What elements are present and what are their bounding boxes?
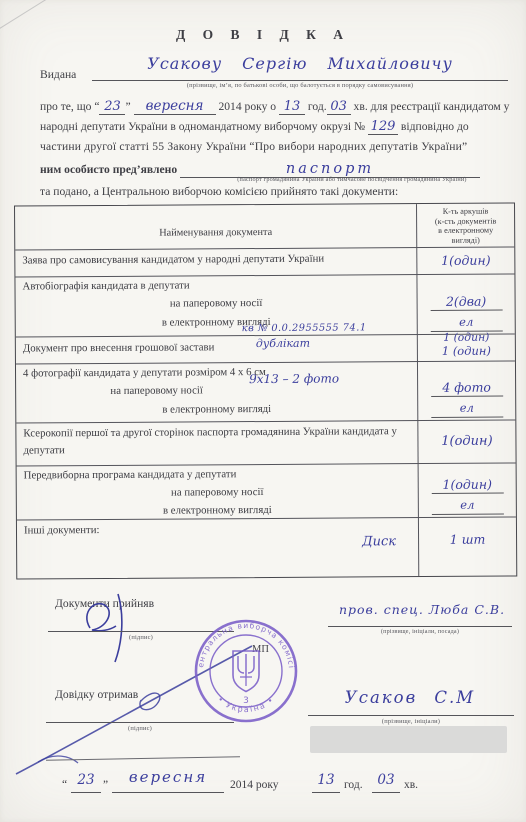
- scanned-certificate-page: Д О В І Д К А Видана Усакову Сергію Миха…: [0, 0, 526, 822]
- row4-qty: 4 фото ел: [418, 360, 515, 420]
- row3-name: Документ про внесення грошової застави: [23, 340, 411, 354]
- obtained-name-caption: (прізвище, ініціали): [308, 718, 514, 725]
- body-l2b: відповідно до: [401, 120, 469, 133]
- received-officer-handwritten: пров. спец. Люба С.В.: [332, 602, 512, 617]
- row4-qty2-handwritten: ел: [460, 401, 474, 415]
- received-officer-caption: (прізвище, ініціали, посада): [328, 629, 512, 635]
- obtained-extra-line: [46, 756, 240, 760]
- row6-name: Передвиборна програма кандидата у депута…: [24, 467, 412, 481]
- obtained-label: Довідку отримав: [55, 688, 138, 701]
- body-line-1: про те, що “23” вересня 2014 року о 13 г…: [40, 98, 509, 115]
- documents-table: Найменування документа К-ть аркушів (к-с…: [14, 202, 517, 579]
- body-l1e: хв. для реєстрації кандидатом у: [354, 100, 510, 113]
- body-line-2: народні депутати України в одномандатном…: [40, 119, 469, 135]
- row3-annotation-receipt: кв № 0.0.2955555 74.1: [242, 322, 367, 334]
- footer-quote-open: “: [62, 779, 67, 791]
- issued-name-caption: (прізвище, ім’я, по батькові особи, що б…: [92, 82, 508, 89]
- hw-district: 129: [371, 119, 396, 134]
- row6-qty: 1(один) ел: [419, 462, 516, 517]
- footer-month-blank: вересня: [112, 768, 224, 793]
- footer-hour-blank: 13: [312, 771, 340, 793]
- row4-name: 4 фотографії кандидата у депутати розмір…: [23, 365, 411, 379]
- footer-minute-handwritten: 03: [377, 772, 394, 788]
- row2-name: Автобіографія кандидата в депутати: [22, 278, 410, 292]
- row2-qty1-handwritten: 2(два): [446, 293, 486, 308]
- body-l1c: 2014 року о: [218, 100, 276, 113]
- footer-hour-label: год.: [344, 779, 363, 791]
- row4-sub-electronic: в електронному вигляді: [16, 402, 417, 416]
- body-l1a: про те, що “: [40, 100, 99, 113]
- table-header-name: Найменування документа: [15, 226, 416, 239]
- row2-qty: 2(два) ел: [417, 273, 514, 334]
- hw-minute: 03: [330, 99, 347, 114]
- footer-minute-label: хв.: [404, 779, 418, 791]
- row2-qty2-handwritten: ел: [459, 315, 473, 329]
- redaction-box: [310, 726, 507, 753]
- row1-qty: 1(один): [417, 246, 514, 274]
- footer-day-handwritten: 23: [77, 772, 94, 788]
- body-l4-caption: (паспорт громадянина України або тимчасо…: [196, 176, 508, 183]
- row6-sub-paper: на паперовому носії: [17, 485, 418, 499]
- footer-year: 2014 року: [230, 779, 279, 791]
- row6-qty2-handwritten: ел: [460, 498, 474, 512]
- row1-qty-handwritten: 1(один): [441, 253, 491, 268]
- received-label: Документи прийняв: [55, 597, 154, 610]
- obtained-name-handwritten: Усаков С.М: [310, 688, 510, 707]
- row7-qty-handwritten: 1 шт: [450, 532, 486, 547]
- received-officer-line: [328, 626, 512, 627]
- footer-day-blank: 23: [71, 771, 101, 793]
- hw-day: 23: [104, 99, 121, 114]
- row7-qty: 1 шт: [419, 530, 516, 549]
- body-l1d: год.: [308, 100, 327, 113]
- row4-sub-paper: на паперовому носії: [0, 383, 357, 397]
- row5-name: Ксерокопії першої та другої сторінок пас…: [23, 423, 398, 459]
- footer-hour-handwritten: 13: [317, 772, 334, 788]
- row3-annotation-duplicate: дублікат: [256, 337, 310, 350]
- table-line: [17, 516, 516, 520]
- footer-quote-close: ”: [103, 779, 108, 791]
- row6-sub-electronic: в електронному вигляді: [17, 503, 418, 517]
- hw-month: вересня: [146, 98, 204, 114]
- cec-round-stamp: Центральна виборча комісія • Україна • 3: [190, 615, 302, 727]
- row3-qty: 1 (один) 1 (один): [418, 329, 515, 358]
- row1-name: Заява про самовисування кандидатом у нар…: [22, 252, 410, 266]
- body-l1b: ”: [125, 100, 130, 113]
- issued-label: Видана: [40, 68, 76, 81]
- issued-name-line: Усакову Сергію Михайловичу: [92, 54, 508, 81]
- footer-minute-blank: 03: [372, 771, 400, 793]
- row4-qty1-handwritten: 4 фото: [442, 379, 491, 394]
- row3-qty1-handwritten: 1 (один): [443, 331, 489, 344]
- body-line-3: частини другої статті 55 Закону України …: [40, 140, 467, 153]
- row5-qty-handwritten: 1(один): [441, 434, 493, 449]
- page-title: Д О В І Д К А: [0, 27, 526, 43]
- body-l4-label: ним особисто пред’явлено: [40, 163, 177, 176]
- body-line-5: та подано, а Центральною виборчою комісі…: [40, 185, 398, 198]
- body-l2a: народні депутати України в одномандатном…: [40, 120, 365, 133]
- issued-name-handwritten: Усакову Сергію Михайловичу: [147, 54, 452, 73]
- row2-sub-paper: на паперовому носії: [16, 296, 417, 310]
- stamp-number: 3: [243, 696, 249, 706]
- footer-month-handwritten: вересня: [129, 768, 207, 786]
- table-header-qty: К-ть аркушів (к-сть документів в електро…: [417, 206, 514, 245]
- obtained-name-line: [308, 715, 514, 716]
- row3-qty2-handwritten: 1 (один): [442, 344, 491, 358]
- row7-disk-handwritten: Диск: [362, 534, 396, 549]
- row6-qty1-handwritten: 1(один): [442, 476, 492, 491]
- row5-qty: 1(один): [418, 419, 515, 463]
- hw-passport: паспорт: [286, 161, 374, 177]
- row7-name: Інші документи:: [24, 522, 412, 536]
- hw-hour: 13: [284, 99, 301, 114]
